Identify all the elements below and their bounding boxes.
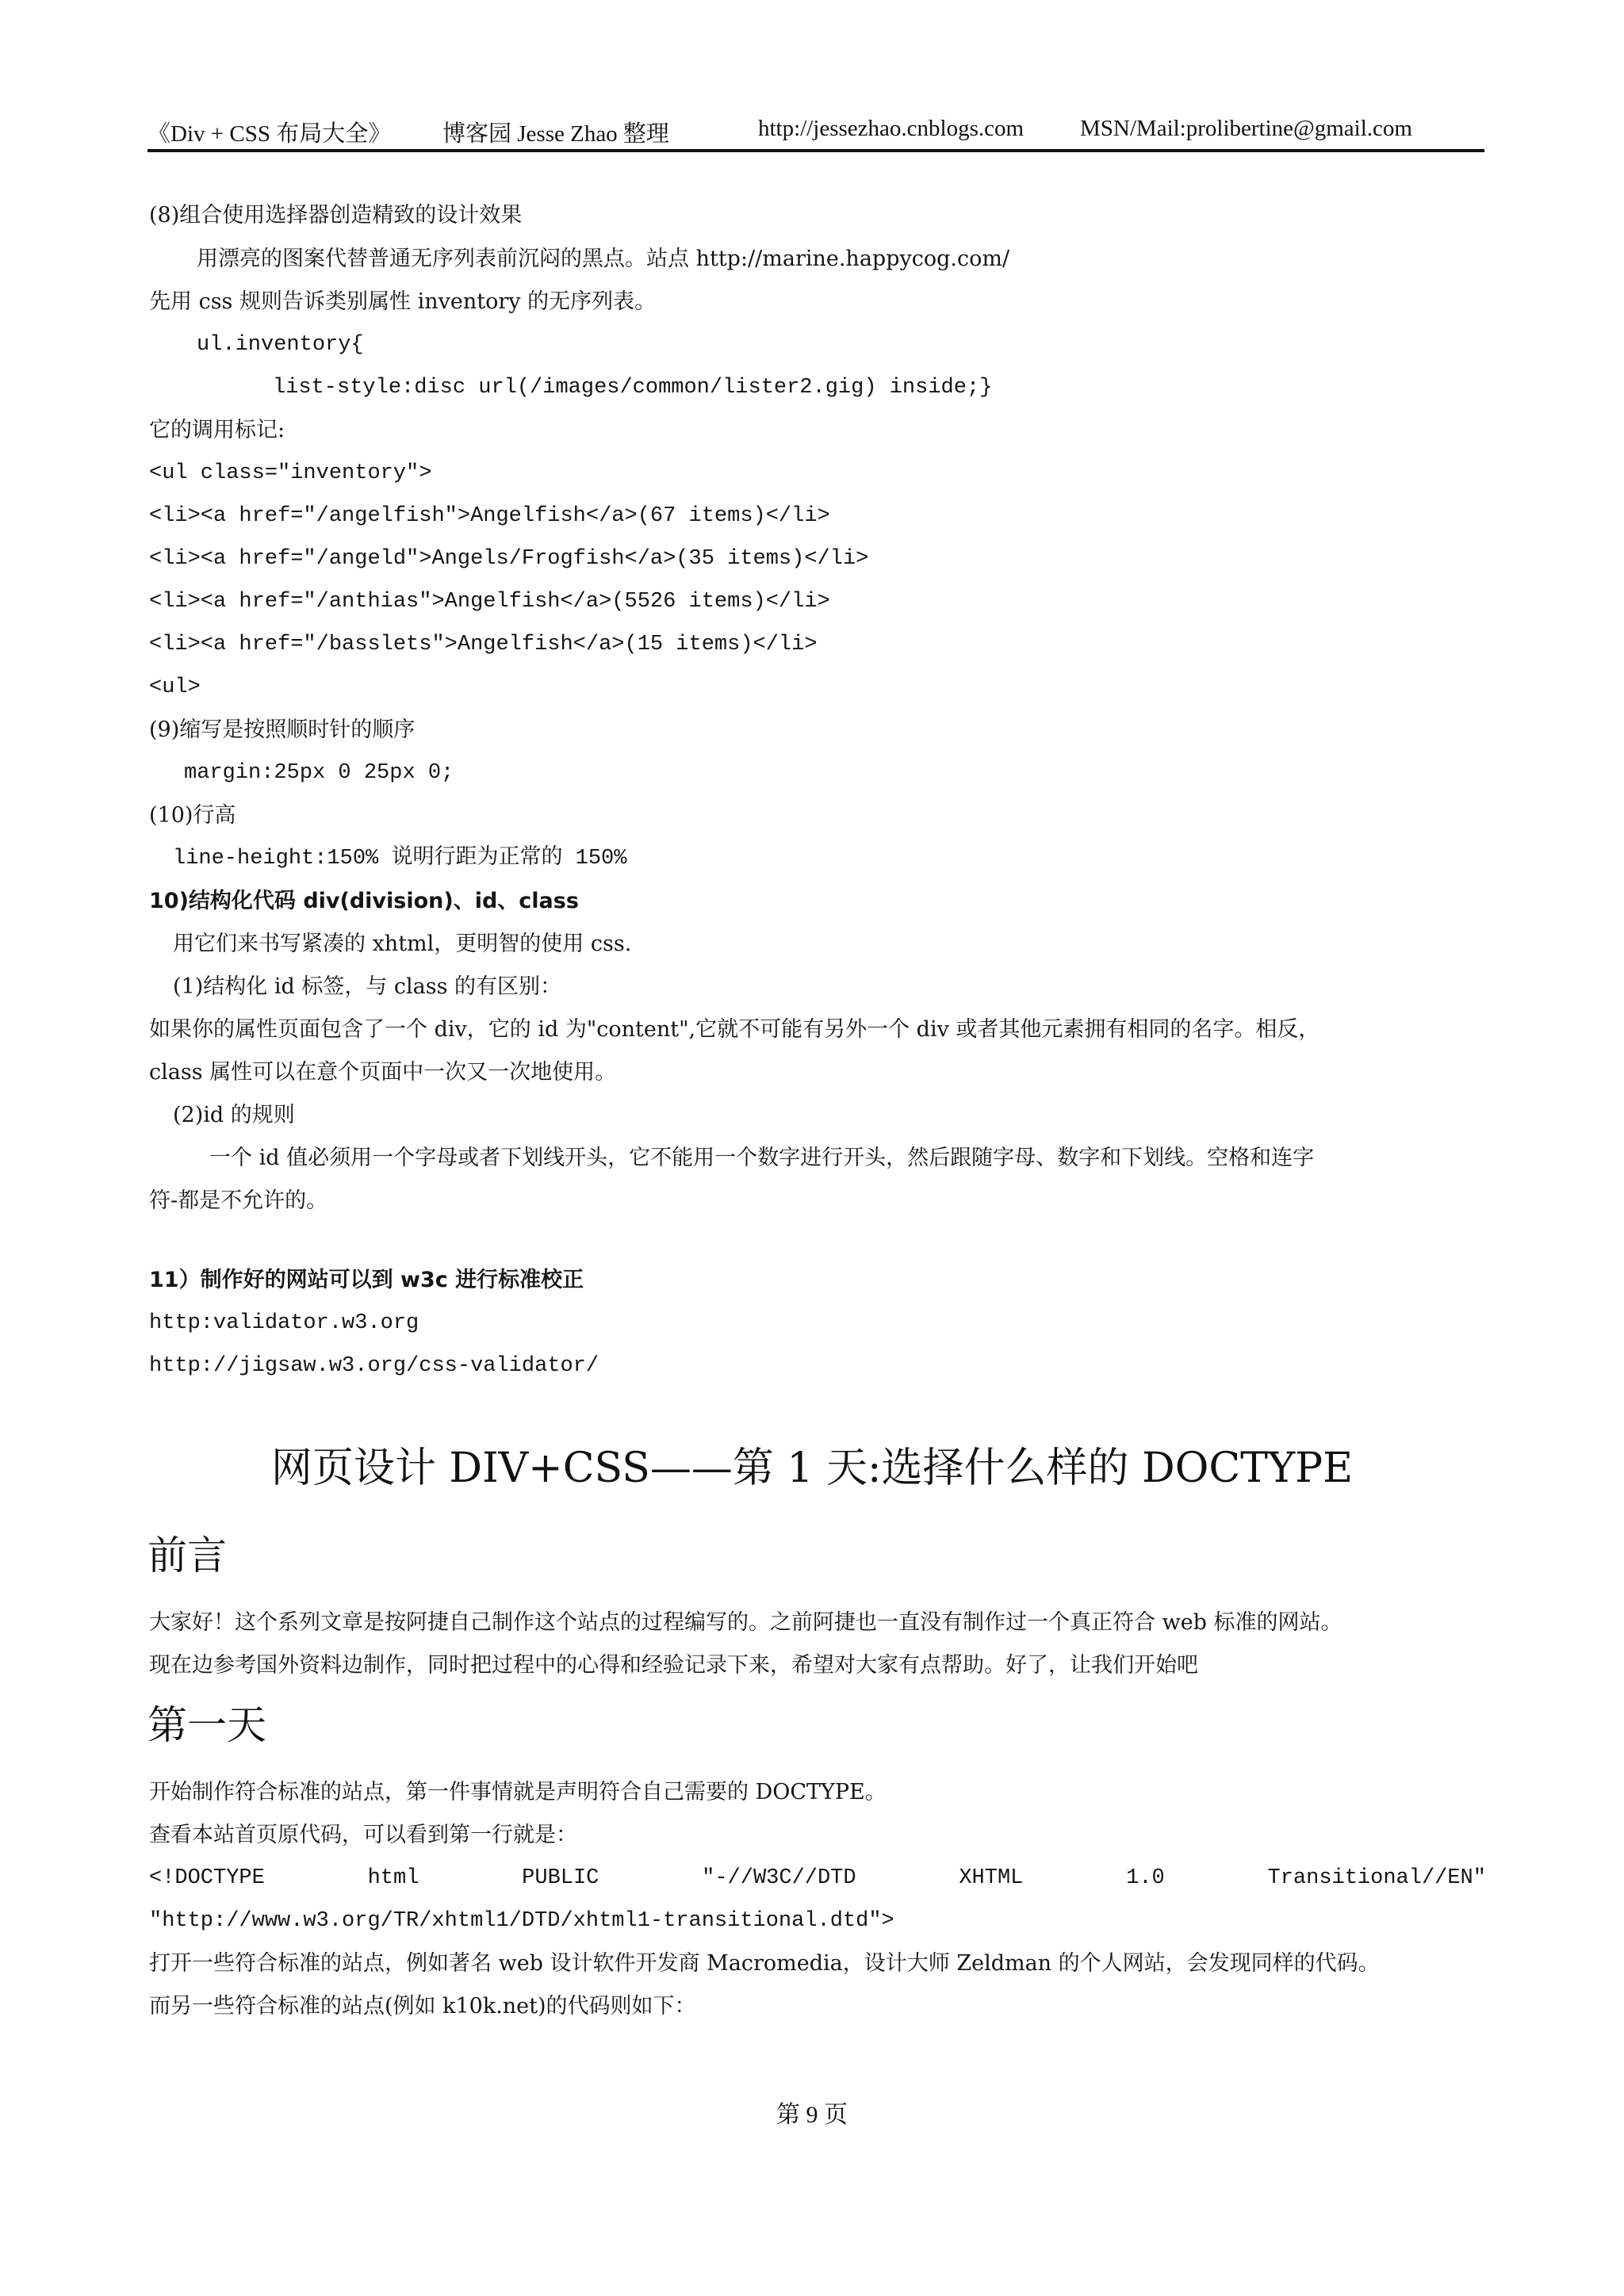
- s8-intro: 用漂亮的图案代替普通无序列表前沉闷的黑点。站点 http://marine.ha…: [197, 246, 1009, 273]
- header-author: 博客园 Jesse Zhao 整理: [442, 116, 669, 148]
- doctype-token: XHTML: [959, 1865, 1023, 1892]
- s10-heading: (10)行高: [149, 802, 236, 829]
- markup-line: <ul class="inventory">: [149, 460, 431, 487]
- day1-line-3: 打开一些符合标准的站点，例如著名 web 设计软件开发商 Macromedia，…: [149, 1950, 1380, 1977]
- markup-line: <ul>: [149, 674, 201, 701]
- s8-desc: 先用 css 规则告诉类别属性 inventory 的无序列表。: [149, 289, 656, 316]
- doctype-token: "-//W3C//DTD: [702, 1865, 856, 1892]
- day1-line-1: 开始制作符合标准的站点，第一件事情就是声明符合自己需要的 DOCTYPE。: [149, 1779, 887, 1806]
- header-website: http://jessezhao.cnblogs.com: [758, 116, 1024, 142]
- part10-sub1-body-2: class 属性可以在意个页面中一次又一次地使用。: [149, 1059, 616, 1086]
- doctype-token: <!DOCTYPE: [149, 1865, 265, 1892]
- s9-code: margin:25px 0 25px 0;: [184, 760, 454, 786]
- s8-heading: (8)组合使用选择器创造精致的设计效果: [149, 202, 522, 229]
- markup-line: <li><a href="/basslets">Angelfish</a>(15…: [149, 631, 818, 658]
- header-rule: [147, 149, 1484, 152]
- day1-line-2: 查看本站首页原代码，可以看到第一行就是：: [149, 1822, 577, 1849]
- header-contact: MSN/Mail:prolibertine@gmail.com: [1080, 116, 1412, 142]
- article-title: 网页设计 DIV+CSS——第 1 天:选择什么样的 DOCTYPE: [0, 1443, 1624, 1494]
- doctype-token: PUBLIC: [522, 1865, 599, 1892]
- css-validator-link: http://jigsaw.w3.org/css-validator/: [149, 1353, 599, 1380]
- doctype-url: "http://www.w3.org/TR/xhtml1/DTD/xhtml1-…: [149, 1908, 894, 1934]
- day1-heading: 第一天: [147, 1701, 266, 1749]
- doctype-token: 1.0: [1126, 1865, 1165, 1892]
- header-book-title: 《Div + CSS 布局大全》: [147, 116, 391, 148]
- part10-sub1-body-1: 如果你的属性页面包含了一个 div，它的 id 为"content",它就不可能…: [149, 1016, 1319, 1043]
- doctype-declaration: <!DOCTYPE html PUBLIC "-//W3C//DTD XHTML…: [149, 1865, 1486, 1892]
- doctype-token: Transitional//EN": [1268, 1865, 1486, 1892]
- part10-intro: 用它们来书写紧凑的 xhtml，更明智的使用 css.: [173, 931, 631, 958]
- part10-sub1-heading: (1)结构化 id 标签，与 class 的有区别：: [173, 974, 561, 1001]
- preface-line-2: 现在边参考国外资料边制作，同时把过程中的心得和经验记录下来，希望对大家有点帮助。…: [149, 1652, 1198, 1679]
- s9-heading: (9)缩写是按照顺时针的顺序: [149, 717, 415, 744]
- doctype-token: html: [368, 1865, 419, 1892]
- day1-line-4: 而另一些符合标准的站点(例如 k10k.net)的代码则如下：: [149, 1993, 696, 2020]
- page-number: 第 9 页: [0, 2095, 1624, 2130]
- s8-css-selector: ul.inventory{: [197, 331, 364, 358]
- validator-link: http:validator.w3.org: [149, 1310, 419, 1337]
- markup-line: <li><a href="/angeld">Angels/Frogfish</a…: [149, 545, 868, 572]
- preface-line-1: 大家好！这个系列文章是按阿捷自己制作这个站点的过程编写的。之前阿捷也一直没有制作…: [149, 1609, 1342, 1636]
- preface-heading: 前言: [147, 1532, 227, 1579]
- part11-heading: 11）制作好的网站可以到 w3c 进行标准校正: [149, 1267, 584, 1294]
- part10-heading: 10)结构化代码 div(division)、id、class: [149, 888, 579, 915]
- running-header: 《Div + CSS 布局大全》 博客园 Jesse Zhao 整理 http:…: [147, 109, 1484, 151]
- markup-line: <li><a href="/anthias">Angelfish</a>(552…: [149, 588, 830, 615]
- part10-sub2-body-1: 一个 id 值必须用一个字母或者下划线开头，它不能用一个数字进行开头，然后跟随字…: [209, 1145, 1314, 1172]
- part10-sub2-body-2: 符-都是不允许的。: [149, 1188, 327, 1215]
- s8-css-rule: list-style:disc url(/images/common/liste…: [273, 374, 992, 401]
- part10-sub2-heading: (2)id 的规则: [173, 1102, 295, 1129]
- markup-line: <li><a href="/angelfish">Angelfish</a>(6…: [149, 503, 830, 530]
- s8-markup-label: 它的调用标记:: [149, 417, 285, 444]
- s10-code: line-height:150% 说明行距为正常的 150%: [173, 845, 626, 872]
